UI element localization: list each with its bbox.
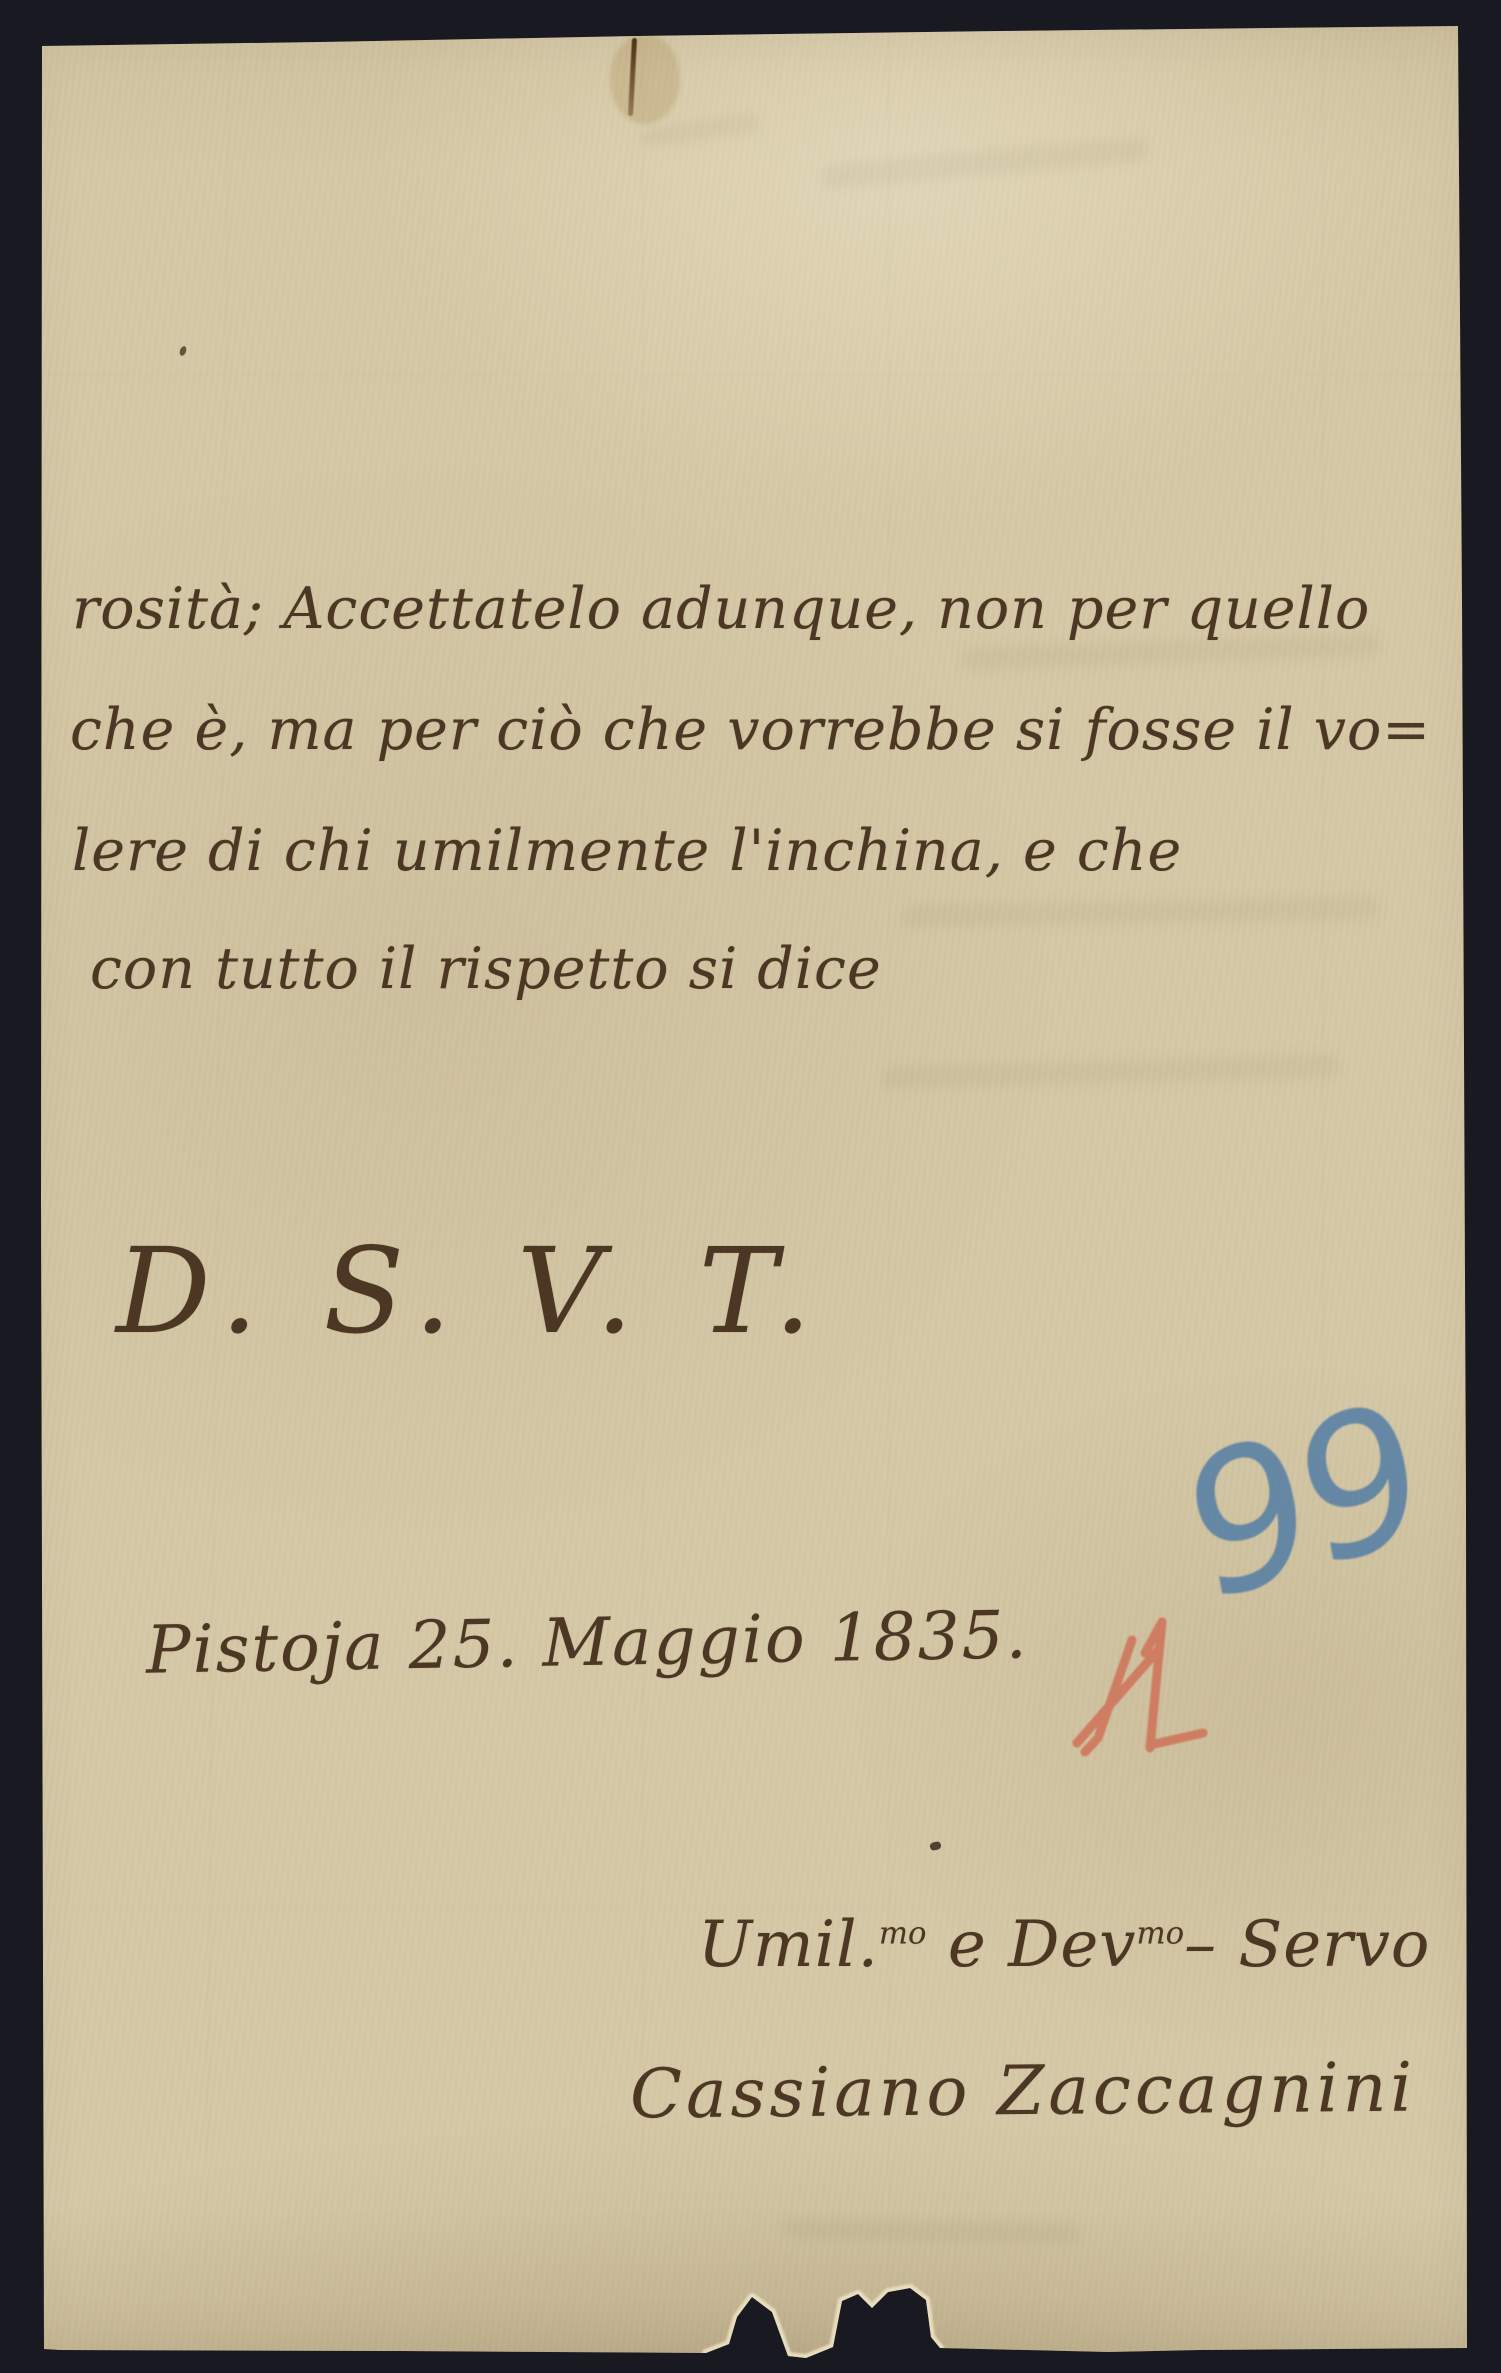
place-date-line: Pistoja 25. Maggio 1835. bbox=[145, 1596, 1029, 1688]
letter-body-line: che è, ma per ciò che vorrebbe si fosse … bbox=[70, 697, 1431, 763]
fold-crease bbox=[44, 372, 1461, 375]
fold-crease bbox=[202, 38, 229, 2345]
ink-stain bbox=[610, 34, 680, 124]
showthrough-smudge bbox=[819, 136, 1150, 191]
closing-part: e Dev bbox=[927, 1908, 1137, 1982]
fold-crease bbox=[1320, 38, 1323, 2345]
letter-paper-sheet: rosità; Accettatelo adunque, non per que… bbox=[0, 0, 1501, 2373]
closing-superscript: mo bbox=[1136, 1916, 1184, 1952]
fold-crease bbox=[640, 38, 643, 2345]
signature: Cassiano Zaccagnini bbox=[630, 2049, 1417, 2135]
ink-speck bbox=[596, 28, 603, 35]
closing-superscript: mo bbox=[879, 1916, 927, 1952]
closing-part: Umil. bbox=[698, 1908, 879, 1982]
scanned-letter-page: rosità; Accettatelo adunque, non per que… bbox=[0, 0, 1501, 2373]
ink-speck bbox=[929, 1841, 942, 1852]
showthrough-smudge bbox=[780, 2217, 1080, 2244]
fold-crease bbox=[886, 38, 889, 2345]
letter-body-line: lere di chi umilmente l'inchina, e che bbox=[72, 818, 1182, 884]
letter-body-line: rosità; Accettatelo adunque, non per que… bbox=[72, 576, 1370, 642]
valediction-initials: D. S. V. T. bbox=[116, 1222, 826, 1360]
closing-part: – Servo bbox=[1184, 1908, 1430, 1982]
showthrough-smudge bbox=[900, 896, 1380, 928]
letter-body-line: con tutto il rispetto si dice bbox=[90, 936, 882, 1002]
ink-speck bbox=[178, 345, 187, 356]
torn-edge-fringe bbox=[690, 2265, 980, 2373]
fold-crease bbox=[44, 1904, 1461, 1907]
closing-line: Umil.mo e Devmo– Servo bbox=[698, 1908, 1430, 1982]
archival-mark-red bbox=[1055, 1595, 1245, 1795]
showthrough-smudge bbox=[880, 1054, 1340, 1090]
